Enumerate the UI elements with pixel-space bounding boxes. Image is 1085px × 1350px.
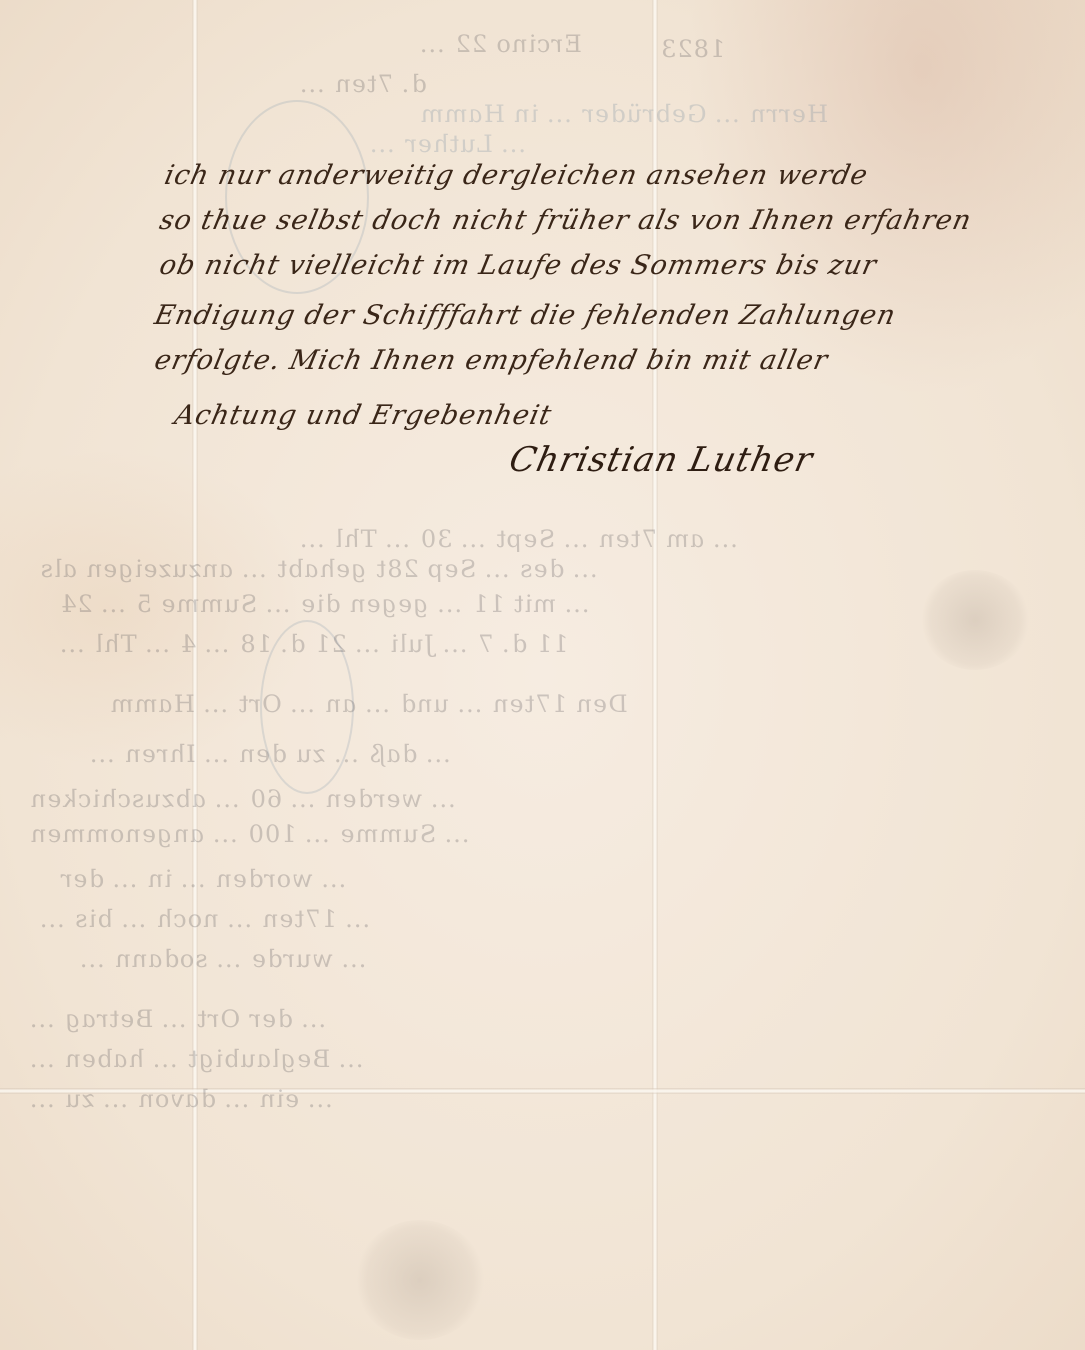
letter-sheet: 1823 Ercino 22 ... d. 7ten ... Herrn ...…: [0, 0, 1085, 1350]
show-through-line: ... daß ... zu den ... Ihren ...: [88, 740, 455, 768]
show-through-line: Den 17ten ... und ... an ... Ort ... Ham…: [108, 690, 630, 718]
seal-stain-bottom: [355, 1220, 485, 1340]
show-through-line: ... mit 11 ... gegen die ... Summe 5 ...…: [58, 590, 594, 618]
letter-line-3: ob nicht vielleicht im Laufe des Sommers…: [157, 250, 880, 281]
show-through-line: ... ein ... davon ... zu ...: [28, 1085, 337, 1113]
letter-line-5: erfolgte. Mich Ihnen empfehlend bin mit …: [152, 345, 831, 376]
letter-line-4: Endigung der Schifffahrt die fehlenden Z…: [152, 300, 899, 331]
show-through-line: ... des ... Sep 28t gehabt ... anzuzeige…: [38, 555, 602, 583]
show-through-line: ... am 7ten ... Sept ... 30 ... Thl ...: [298, 525, 742, 553]
show-through-header-sub: d. 7ten ...: [298, 70, 430, 98]
letter-signature: Christian Luther: [506, 440, 817, 480]
show-through-line: ... werden ... 60 ... abzuschicken: [28, 785, 460, 813]
show-through-line: ... Summe ... 100 ... angenommen: [28, 820, 474, 848]
show-through-line: ... wurde ... sodann ...: [78, 945, 371, 973]
show-through-line: ... Beglaubigt ... haben ...: [28, 1045, 368, 1073]
show-through-header-note: Ercino 22 ...: [418, 30, 585, 58]
letter-closing: Achtung und Ergebenheit: [172, 400, 555, 431]
show-through-line: 11 d. 7 ... Juli ... 21 d. 18 ... 4 ... …: [58, 630, 571, 658]
letter-line-1: ich nur anderweitig dergleichen ansehen …: [162, 160, 871, 191]
fold-line-vertical-left: [192, 0, 198, 1350]
show-through-name: ... Luther ...: [368, 130, 530, 158]
seal-stain-right: [920, 570, 1030, 670]
show-through-line: ... 17ten ... noch ... bis ...: [38, 905, 374, 933]
fold-line-vertical-right: [652, 0, 658, 1350]
show-through-year: 1823: [658, 35, 728, 63]
show-through-line: ... worden ... in ... der: [58, 865, 350, 893]
letter-line-2: so thue selbst doch nicht früher als von…: [157, 205, 975, 236]
show-through-address: Herrn ... Gebrüder ... in Hamm: [418, 100, 831, 128]
show-through-line: ... der Ort ... Betrag ...: [28, 1005, 330, 1033]
